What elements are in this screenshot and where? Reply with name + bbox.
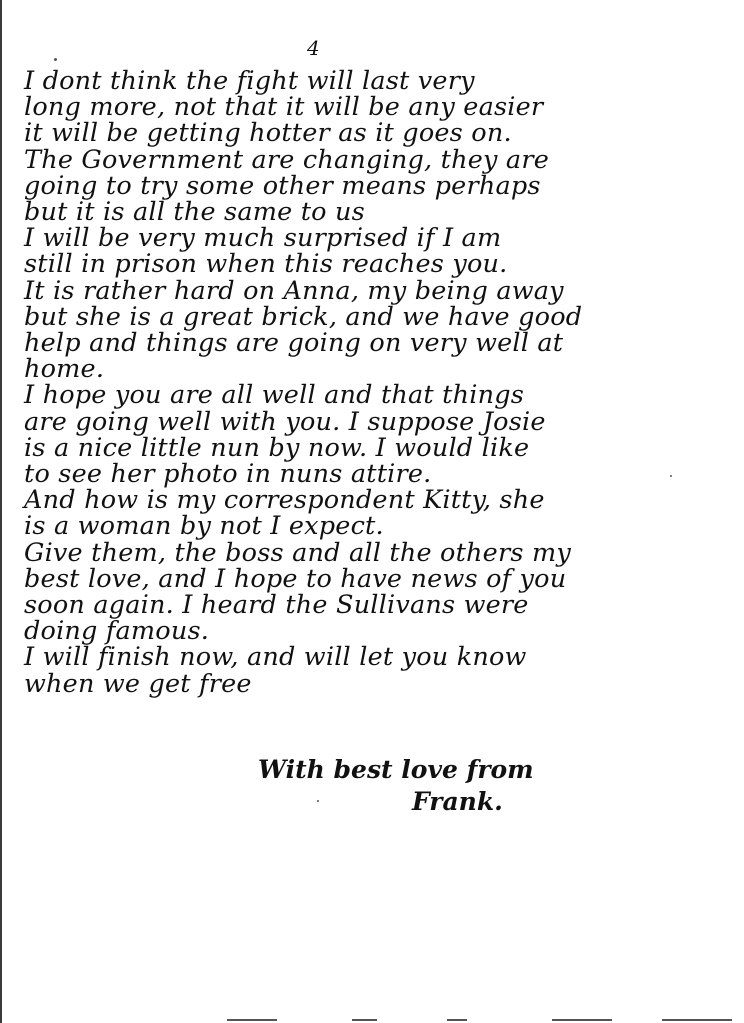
letter-line: long more, not that it will be any easie… [24, 94, 714, 120]
letter-line: soon again. I heard the Sullivans were [24, 592, 714, 618]
letter-line: is a nice little nun by now. I would lik… [24, 435, 714, 461]
letter-line: help and things are going on very well a… [24, 330, 714, 356]
letter-line: The Government are changing, they are [24, 147, 714, 173]
scan-artifact [662, 1019, 732, 1021]
letter-line: but it is all the same to us [24, 199, 714, 225]
letter-line: Give them, the boss and all the others m… [24, 540, 714, 566]
letter-line: home. [24, 356, 714, 382]
letter-line: to see her photo in nuns attire. [24, 461, 714, 487]
scan-artifact [227, 1019, 277, 1021]
paper-speck [670, 475, 672, 477]
letter-line: best love, and I hope to have news of yo… [24, 566, 714, 592]
paper-speck [54, 58, 57, 61]
letter-line: I dont think the fight will last very [24, 68, 714, 94]
letter-line: I will finish now, and will let you know [24, 644, 714, 670]
paper-speck [317, 800, 319, 802]
letter-line: it will be getting hotter as it goes on. [24, 120, 714, 146]
scan-artifact [552, 1019, 612, 1021]
letter-line: are going well with you. I suppose Josie [24, 409, 714, 435]
page-number: 4 [307, 36, 320, 60]
letter-line: And how is my correspondent Kitty, she [24, 487, 714, 513]
letter-line: I will be very much surprised if I am [24, 225, 714, 251]
letter-page: 4 I dont think the fight will last very … [0, 0, 744, 1023]
letter-line: It is rather hard on Anna, my being away [24, 278, 714, 304]
scan-artifact [352, 1019, 377, 1021]
letter-line: doing famous. [24, 618, 714, 644]
letter-line: I hope you are all well and that things [24, 382, 714, 408]
letter-line: going to try some other means perhaps [24, 173, 714, 199]
scan-artifact [447, 1019, 467, 1021]
letter-line: but she is a great brick, and we have go… [24, 304, 714, 330]
letter-line: still in prison when this reaches you. [24, 251, 714, 277]
letter-line: when we get free [24, 671, 714, 697]
letter-signature: Frank. [412, 787, 503, 816]
letter-body: I dont think the fight will last very lo… [24, 68, 714, 697]
letter-closing: With best love from [258, 755, 534, 784]
letter-line: is a woman by not I expect. [24, 513, 714, 539]
